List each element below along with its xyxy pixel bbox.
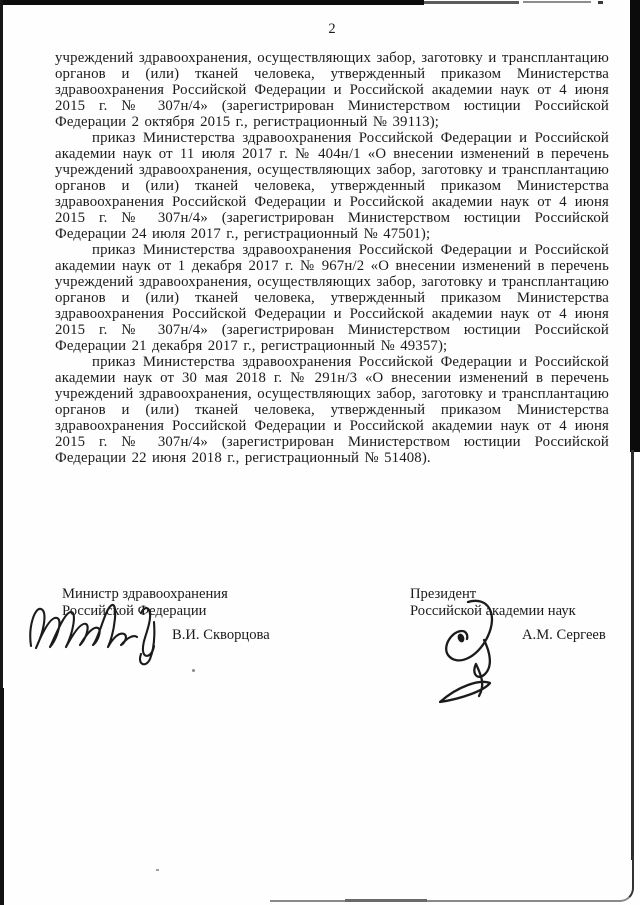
scan-edge-top-dot: [598, 1, 603, 4]
document-page: 2 учреждений здравоохранения, осуществля…: [0, 0, 640, 905]
page-number: 2: [55, 21, 609, 38]
scan-edge-top: [0, 0, 424, 5]
paragraph-order-967n2: приказ Министерства здравоохранения Росс…: [55, 242, 609, 354]
signer-name-sergeev: А.М. Сергеев: [522, 627, 606, 644]
signature-block: Министр здравоохранения Российской Федер…: [0, 586, 640, 756]
scan-edge-right-bar: [630, 0, 640, 452]
scan-edge-top-light: [523, 1, 591, 3]
scan-speck: [156, 869, 159, 871]
paragraph-order-404n1: приказ Министерства здравоохранения Росс…: [55, 130, 609, 242]
paragraph-continuation: учреждений здравоохранения, осуществляющ…: [55, 50, 609, 130]
scan-edge-top-mid: [424, 1, 519, 4]
document-body: учреждений здравоохранения, осуществляющ…: [55, 50, 609, 466]
signer-name-skvortsova: В.И. Скворцова: [172, 627, 270, 644]
scan-edge-bottom-dash: [345, 899, 427, 902]
paragraph-order-291n3: приказ Министерства здравоохранения Росс…: [55, 354, 609, 466]
scan-edge-bottom-right-corner: [270, 856, 634, 902]
sergeev-signature-icon: [432, 598, 517, 708]
skvortsova-signature-icon: [28, 596, 178, 674]
